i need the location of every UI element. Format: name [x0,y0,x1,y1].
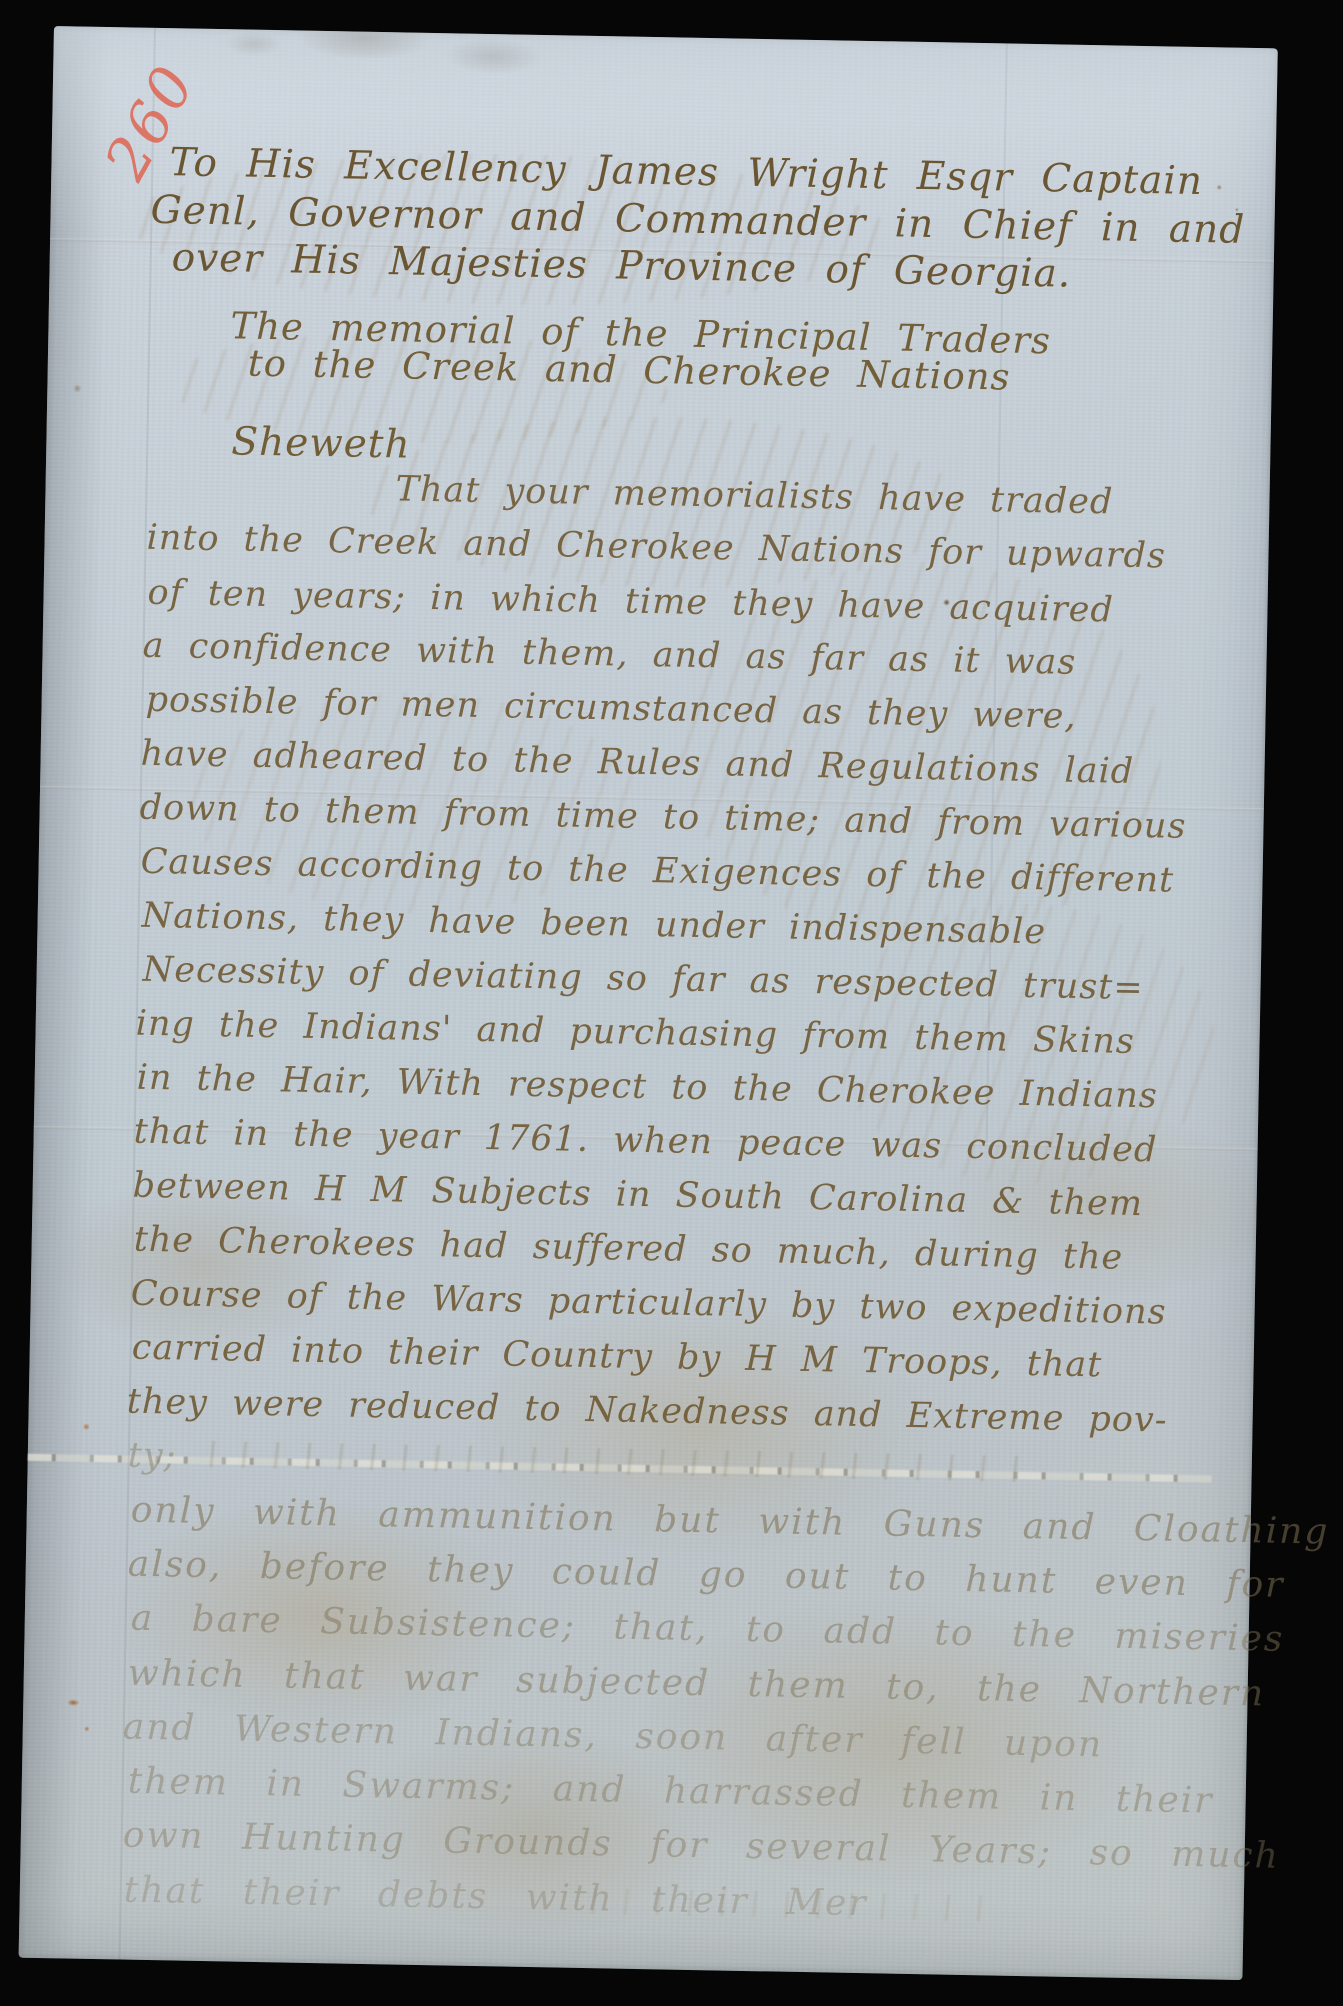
photo-background: 260 To His Excellency James Wright Esqr … [0,0,1343,2006]
section-heading: Sheweth [231,419,411,467]
manuscript-page: 260 To His Excellency James Wright Esqr … [19,26,1278,1980]
manuscript-line-faded: ty; [127,1436,176,1477]
